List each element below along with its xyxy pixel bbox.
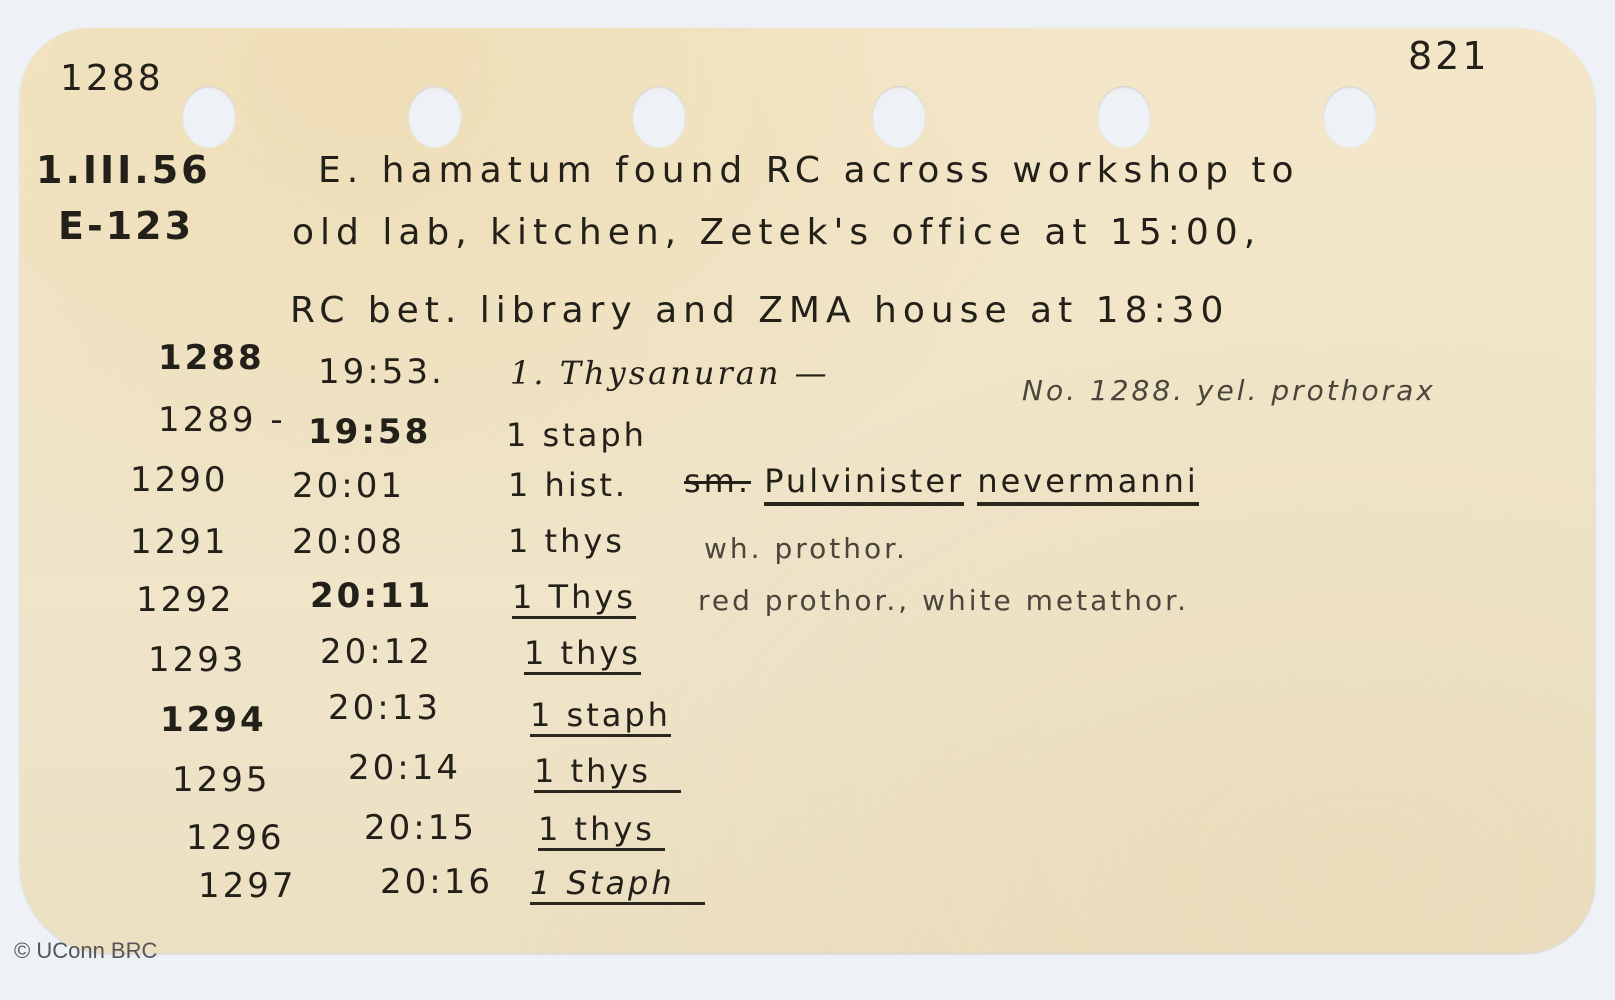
entry-time: 20:16 xyxy=(380,862,493,902)
species-name: nevermanni xyxy=(977,462,1198,506)
expedition-code: E-123 xyxy=(58,204,194,248)
entry-note: wh. prothor. xyxy=(704,532,908,565)
entry-note: sm. Pulvinister nevermanni xyxy=(684,462,1199,500)
entry-note: red prothor., white metathor. xyxy=(698,584,1189,617)
entry-description: 1 hist. xyxy=(508,466,628,504)
entry-number: 1290 xyxy=(130,460,229,500)
entry-description: 1 thys xyxy=(538,810,665,851)
header-line-1: E. hamatum found RC across workshop to xyxy=(318,150,1300,191)
entry-number: 1289 - xyxy=(158,400,286,440)
struck-text: sm. xyxy=(684,462,751,500)
entry-description: 1 thys xyxy=(534,752,681,793)
index-card: 1288 821 1.III.56 E-123 E. hamatum found… xyxy=(20,28,1595,953)
entry-description: 1 thys xyxy=(508,522,625,560)
entry-number: 1295 xyxy=(172,760,271,800)
entry-number: 1292 xyxy=(136,580,235,620)
entry-time: 20:14 xyxy=(348,748,461,788)
punch-hole xyxy=(872,86,926,148)
entry-number: 1291 xyxy=(130,522,229,562)
entry-description: 1 Thys xyxy=(512,578,636,619)
entry-time: 20:11 xyxy=(310,576,433,616)
entry-time: 20:01 xyxy=(292,466,405,506)
punch-hole xyxy=(182,86,236,148)
genus-name: Pulvinister xyxy=(764,462,964,506)
entry-number: 1294 xyxy=(160,700,267,740)
date: 1.III.56 xyxy=(36,148,211,192)
entry-number: 1297 xyxy=(198,866,297,906)
entry-note: No. 1288. yel. prothorax xyxy=(1022,374,1436,407)
entry-time: 20:15 xyxy=(364,808,477,848)
punch-hole xyxy=(1097,86,1151,148)
entry-time: 20:08 xyxy=(292,522,405,562)
entry-description: 1 thys xyxy=(524,634,641,675)
entry-time: 20:13 xyxy=(328,688,441,728)
entry-time: 19:53. xyxy=(318,352,445,392)
header-line-2: old lab, kitchen, Zetek's office at 15:0… xyxy=(292,212,1261,253)
corner-right-number: 821 xyxy=(1408,34,1490,78)
corner-left-number: 1288 xyxy=(60,58,164,99)
punch-hole xyxy=(408,86,462,148)
header-line-3: RC bet. library and ZMA house at 18:30 xyxy=(290,290,1229,331)
entry-description: 1 staph xyxy=(506,416,647,454)
entry-time: 20:12 xyxy=(320,632,433,672)
entry-time: 19:58 xyxy=(308,412,431,452)
punch-hole xyxy=(632,86,686,148)
entry-description: 1. Thysanuran — xyxy=(510,354,830,392)
entry-number: 1293 xyxy=(148,640,247,680)
copyright-credit: © UConn BRC xyxy=(14,938,157,964)
punch-hole xyxy=(1323,86,1377,148)
entry-number: 1296 xyxy=(186,818,285,858)
entry-description: 1 Staph xyxy=(530,864,705,905)
entry-description: 1 staph xyxy=(530,696,671,737)
entry-number: 1288 xyxy=(158,338,265,378)
